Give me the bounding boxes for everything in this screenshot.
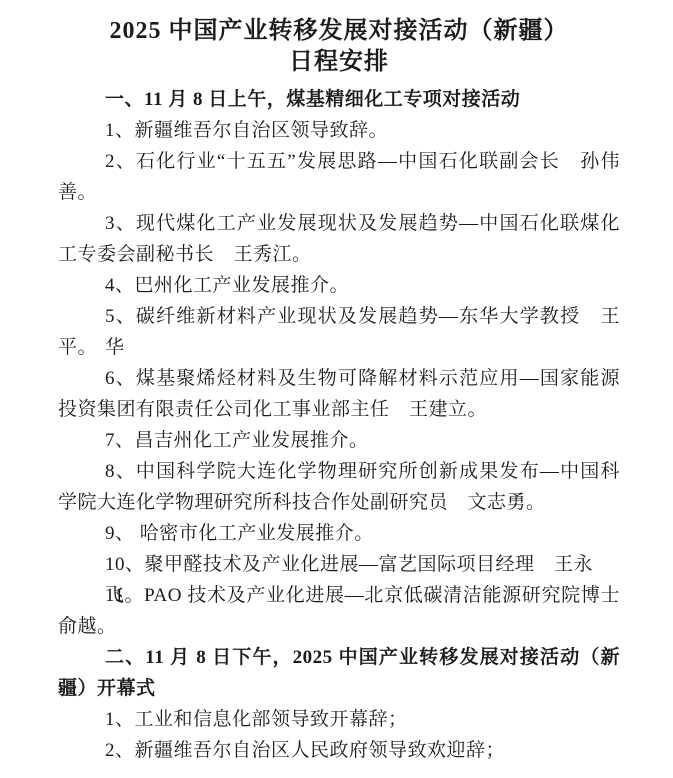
agenda-item: 1、工业和信息化部领导致开幕辞；	[58, 704, 620, 735]
doc-line: 11 PAO 技术及产业化进展—北京低碳清洁能源研究院博士	[58, 580, 620, 611]
section-heading-1: 一、11 月 8 日上午，煤基精细化工专项对接活动	[58, 84, 620, 115]
agenda-item: 5、碳纤维新材料产业现状及发展趋势—东华大学教授 王华平。	[58, 301, 620, 363]
agenda-item: 1、新疆维吾尔自治区领导致辞。	[58, 115, 620, 146]
doc-line: 5、碳纤维新材料产业现状及发展趋势—东华大学教授 王华	[58, 301, 620, 332]
agenda-item: 7、昌吉州化工产业发展推介。	[58, 425, 620, 456]
doc-line: 疆）开幕式	[58, 673, 620, 704]
title-line-2: 日程安排	[58, 47, 620, 78]
agenda-item: 11 PAO 技术及产业化进展—北京低碳清洁能源研究院博士俞越。	[58, 580, 620, 642]
agenda-item: 4、巴州化工产业发展推介。	[58, 270, 620, 301]
doc-line: 平。	[58, 332, 620, 363]
agenda-item: 8、中国科学院大连化学物理研究所创新成果发布—中国科学院大连化学物理研究所科技合…	[58, 456, 620, 518]
agenda-item: 2、石化行业“十五五”发展思路—中国石化联副会长 孙伟善。	[58, 146, 620, 208]
agenda-item: 3、现代煤化工产业发展现状及发展趋势—中国石化联煤化工专委会副秘书长 王秀江。	[58, 208, 620, 270]
doc-line: 二、11 月 8 日下午，2025 中国产业转移发展对接活动（新	[58, 642, 620, 673]
title-line-1: 2025 中国产业转移发展对接活动（新疆）	[58, 16, 620, 47]
document-page: 2025 中国产业转移发展对接活动（新疆） 日程安排 一、11 月 8 日上午，…	[0, 0, 673, 778]
agenda-item: 9、 哈密市化工产业发展推介。	[58, 518, 620, 549]
doc-line: 俞越。	[58, 611, 620, 642]
doc-line: 学院大连化学物理研究所科技合作处副研究员 文志勇。	[58, 487, 620, 518]
agenda-item: 6、煤基聚烯烃材料及生物可降解材料示范应用—国家能源投资集团有限责任公司化工事业…	[58, 363, 620, 425]
doc-line: 2、新疆维吾尔自治区人民政府领导致欢迎辞；	[58, 735, 620, 766]
doc-line: 10、聚甲醛技术及产业化进展—富艺国际项目经理 王永飞。	[58, 549, 620, 580]
agenda-item: 2、新疆维吾尔自治区人民政府领导致欢迎辞；	[58, 735, 620, 766]
doc-line: 3、现代煤化工产业发展现状及发展趋势—中国石化联煤化	[58, 208, 620, 239]
agenda-item: 10、聚甲醛技术及产业化进展—富艺国际项目经理 王永飞。	[58, 549, 620, 580]
doc-line: 8、中国科学院大连化学物理研究所创新成果发布—中国科	[58, 456, 620, 487]
doc-line: 投资集团有限责任公司化工事业部主任 王建立。	[58, 394, 620, 425]
section-heading-2: 二、11 月 8 日下午，2025 中国产业转移发展对接活动（新疆）开幕式	[58, 642, 620, 704]
doc-line: 6、煤基聚烯烃材料及生物可降解材料示范应用—国家能源	[58, 363, 620, 394]
doc-line: 一、11 月 8 日上午，煤基精细化工专项对接活动	[58, 84, 620, 115]
doc-line: 善。	[58, 177, 620, 208]
doc-line: 工专委会副秘书长 王秀江。	[58, 239, 620, 270]
document-body: 一、11 月 8 日上午，煤基精细化工专项对接活动1、新疆维吾尔自治区领导致辞。…	[58, 84, 620, 766]
doc-line: 1、新疆维吾尔自治区领导致辞。	[58, 115, 620, 146]
doc-line: 7、昌吉州化工产业发展推介。	[58, 425, 620, 456]
doc-line: 1、工业和信息化部领导致开幕辞；	[58, 704, 620, 735]
agenda-section-1: 一、11 月 8 日上午，煤基精细化工专项对接活动1、新疆维吾尔自治区领导致辞。…	[58, 84, 620, 642]
agenda-section-2: 二、11 月 8 日下午，2025 中国产业转移发展对接活动（新疆）开幕式1、工…	[58, 642, 620, 766]
doc-line: 9、 哈密市化工产业发展推介。	[58, 518, 620, 549]
doc-line: 4、巴州化工产业发展推介。	[58, 270, 620, 301]
document-title: 2025 中国产业转移发展对接活动（新疆） 日程安排	[58, 16, 620, 78]
doc-line: 2、石化行业“十五五”发展思路—中国石化联副会长 孙伟	[58, 146, 620, 177]
